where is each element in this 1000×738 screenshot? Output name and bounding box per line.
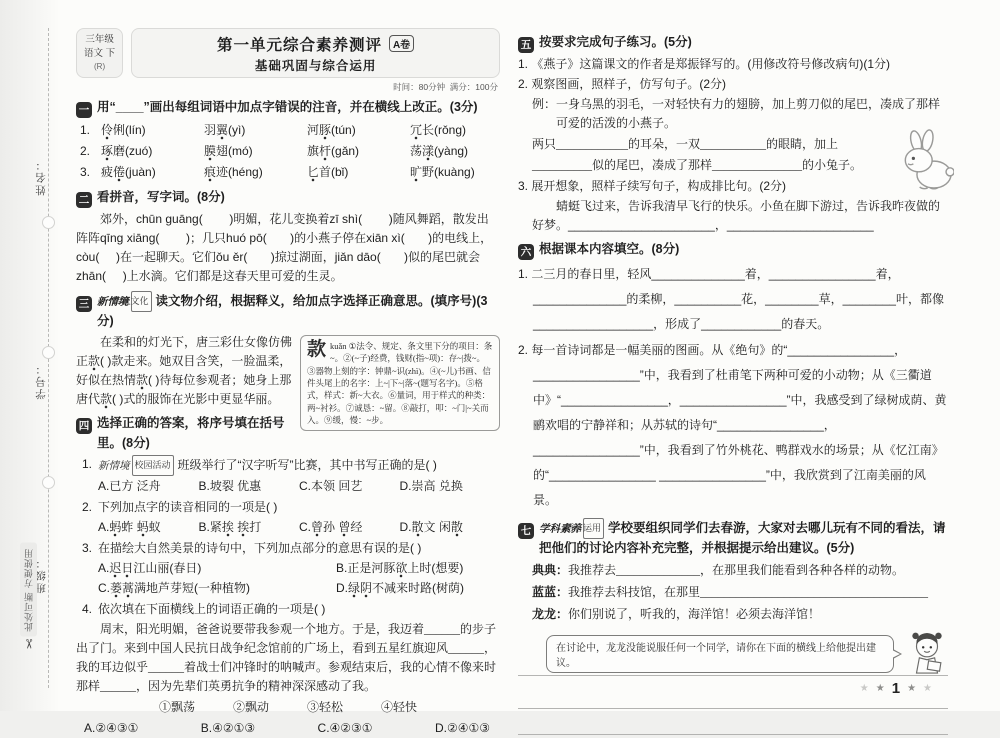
fill-blank-item: 1. 二三月的春日里，轻风______________着，___________…: [518, 262, 948, 337]
question-heading: 读文物介绍，根据释义，给加点字选择正确意思。(填序号)(3分): [97, 294, 487, 328]
option-a: A.已方 泛舟: [98, 476, 199, 496]
edition-box: 三年级 语文 下 (R): [76, 28, 123, 78]
item-number: 1.: [80, 120, 101, 141]
star-icon: ★: [923, 683, 932, 694]
speaker-name: 典典：: [532, 563, 568, 577]
fill-in-area: 两只____________的耳朵，一双___________的眼睛，加上___…: [518, 134, 948, 176]
student-illustration: [906, 629, 948, 679]
time-score-note: 时间：80分钟 满分：100分: [78, 81, 498, 93]
hint-row: 在讨论中，龙龙没能说服任何一个同学，请你在下面的横线上给他提出建议。: [546, 629, 948, 679]
page-number: 1: [892, 680, 900, 697]
dialog-line: 龙龙：你们别说了，听我的，海洋馆！必须去海洋馆！: [518, 604, 948, 625]
item-number: 2.: [518, 343, 528, 357]
item-number: 1.: [82, 455, 98, 476]
name-field-label: 姓名：: [33, 158, 48, 196]
question-2: 二看拼音，写字词。(8分) 郊外，chūn guāng( )明媚，花儿变换着zī…: [76, 188, 500, 286]
pinyin-passage: 郊外，chūn guāng( )明媚，花儿变换着zī shì( )随风舞蹈，散发…: [76, 210, 500, 286]
rabbit-illustration: [896, 128, 954, 196]
item-number: 1.: [518, 267, 528, 281]
context-tag-category: 传统文化: [131, 291, 152, 312]
item-number: 3.: [80, 162, 101, 183]
word-with-pinyin: 疲倦(juàn): [101, 162, 204, 183]
dialog-text: 你们别说了，听我的，海洋馆！必须去海洋馆！: [568, 607, 820, 621]
question-4: 四选择正确的答案，将序号填在括号里。(8分) 1. 新情境校园活动班级举行了“汉…: [76, 414, 500, 711]
option-d: D.绿阴不减来时路(树荫): [336, 578, 500, 598]
word-with-pinyin: 旗杆(gǎn): [307, 141, 410, 162]
choice-item: 1. 新情境校园活动班级举行了“汉字听写”比赛，其中书写正确的是( ): [76, 455, 500, 476]
word-with-pinyin: 旷野(kuàng): [410, 162, 513, 183]
dictionary-box: 款kuǎn ①法令、规定、条文里下分的项目：条~。②(~子)经费，钱财(指~项)…: [300, 335, 500, 431]
word-bank-item: ③轻松: [307, 697, 343, 711]
question-number-badge: 三: [76, 296, 92, 312]
item-text: 观察图画，照样子，仿写句子。(2分): [531, 77, 726, 91]
dictionary-definitions: kuǎn ①法令、规定、条文里下分的项目：条~。②(~子)经费，钱财(指~项)：…: [307, 341, 492, 425]
item-text: 《燕子》这篇课文的作者是郑振铎写的。(用修改符号修改病句)(1分): [531, 57, 890, 71]
left-page: 三年级 语文 下 (R) 第一单元综合素养测评A卷 基础巩固与综合运用 时间：8…: [76, 28, 500, 711]
option-c: C.蒌蒿满地芦芽短(一种植物): [98, 578, 336, 598]
hint-speech-bubble: 在讨论中，龙龙没能说服任何一个同学，请你在下面的横线上给他提出建议。: [546, 635, 894, 673]
question-heading: 根据课本内容填空。(8分): [539, 242, 679, 256]
dialog-text: 我推荐去______________，在那里我们能看到各种各样的动物。: [568, 563, 904, 577]
word-bank: ①飘荡 ②飘动 ③轻松 ④轻快: [76, 697, 500, 711]
word-bank-item: ②飘动: [233, 697, 269, 711]
question-3: 三新情境传统文化读文物介绍，根据释义，给加点字选择正确意思。(填序号)(3分) …: [76, 291, 500, 409]
grade-label: 三年级: [84, 33, 115, 47]
question-5: 五按要求完成句子练习。(5分) 1. 《燕子》这篇课文的作者是郑振铎写的。(用修…: [518, 33, 948, 235]
word-bank-item: ①飘荡: [159, 697, 195, 711]
edition-label: (R): [84, 61, 115, 73]
option-d: D.散文 闲散: [400, 517, 501, 537]
item-text: 二三月的春日里，轻风______________着，______________…: [531, 267, 944, 331]
paper-type-badge: A卷: [389, 35, 414, 52]
option-c: C.本领 回艺: [299, 476, 400, 496]
option-b: B.坡裂 优惠: [199, 476, 300, 496]
star-icon: ★: [876, 683, 885, 694]
binding-mark: [42, 476, 55, 489]
word-with-pinyin: 痕迹(héng): [204, 162, 307, 183]
sentence-item: 1. 《燕子》这篇课文的作者是郑振铎写的。(用修改符号修改病句)(1分): [518, 55, 948, 74]
context-tag: 新情境: [98, 460, 130, 472]
choice-item: 2. 下列加点字的读音相同的一项是( ): [76, 498, 500, 517]
question-heading: 用“____”画出每组词语中加点字错误的注音，并在横线上改正。(3分): [97, 100, 478, 114]
item-text: 展开想象，照样子续写句子，构成排比句。(2分): [531, 179, 786, 193]
subject-label: 语文 下: [84, 47, 115, 61]
item-number: 2.: [82, 498, 98, 517]
option-b: B.正是河豚欲上时(想要): [336, 558, 500, 578]
question-heading: 按要求完成句子练习。(5分): [539, 35, 692, 49]
scissors-icon: ✂: [20, 639, 36, 650]
tear-here-note: 此处可断 方便使用: [20, 543, 37, 637]
word-with-pinyin: 河豚(tún): [307, 120, 410, 141]
word-bank-item: ④轻快: [381, 697, 417, 711]
word-with-pinyin: 冗长(rǒng): [410, 120, 513, 141]
item-number: 2.: [80, 141, 101, 162]
word-row: 1. 伶俐(lín) 羽翼(yì) 河豚(tún) 冗长(rǒng): [76, 120, 500, 141]
word-row: 3. 疲倦(juàn) 痕迹(héng) 匕首(bǐ) 旷野(kuàng): [76, 162, 500, 183]
paper-subtitle: 基础巩固与综合运用: [132, 56, 499, 74]
dialog-line: 蓝蓝：我推荐去科技馆，在那里__________________________…: [518, 582, 948, 603]
word-with-pinyin: 羽翼(yì): [204, 120, 307, 141]
context-tag-category: 语言运用: [583, 518, 604, 539]
fill-blank-item: 2. 每一首诗词都是一幅美丽的图画。从《绝句》的“_______________…: [518, 338, 948, 513]
question-6: 六根据课本内容填空。(8分) 1. 二三月的春日里，轻风____________…: [518, 240, 948, 513]
dictionary-headword: 款: [307, 340, 326, 360]
option-b: B.紧挨 挨打: [199, 517, 300, 537]
student-id-field-label: 学号：: [33, 362, 48, 400]
choice-item: 4. 依次填在下面横线上的词语正确的一项是( ): [76, 600, 500, 619]
paper-header: 三年级 语文 下 (R) 第一单元综合素养测评A卷 基础巩固与综合运用: [76, 28, 500, 78]
paper-title-box: 第一单元综合素养测评A卷 基础巩固与综合运用: [131, 28, 500, 78]
word-row: 2. 琢磨(zuó) 膜翅(mó) 旗杆(gǎn) 荡漾(yàng): [76, 141, 500, 162]
option-d: D.崇高 兑换: [400, 476, 501, 496]
question-number-badge: 七: [518, 523, 534, 539]
option-grid: A.迟日江山丽(春日) B.正是河豚欲上时(想要) C.蒌蒿满地芦芽短(一种植物…: [76, 558, 500, 598]
word-with-pinyin: 伶俐(lín): [101, 120, 204, 141]
option-c: C.曾孙 曾经: [299, 517, 400, 537]
option-a: A.蚂蚱 蚂蚁: [98, 517, 199, 537]
star-icon: ★: [907, 683, 916, 694]
dialog-line: 典典：我推荐去______________，在那里我们能看到各种各样的动物。: [518, 560, 948, 581]
word-with-pinyin: 膜翅(mó): [204, 141, 307, 162]
binding-mark: [42, 346, 55, 359]
question-number-badge: 一: [76, 102, 92, 118]
item-stem: 班级举行了“汉字听写”比赛，其中书写正确的是( ): [178, 458, 437, 472]
choice-item: 3. 在描绘大自然美景的诗句中，下列加点部分的意思有误的是( ): [76, 539, 500, 558]
item-stem: 依次填在下面横线上的词语正确的一项是( ): [98, 600, 500, 619]
item-stem: 下列加点字的读音相同的一项是( ): [98, 498, 500, 517]
item-text: 每一首诗词都是一幅美丽的图画。从《绝句》的“________________，_…: [531, 343, 946, 507]
item-number: 3.: [518, 179, 528, 193]
question-number-badge: 四: [76, 418, 92, 434]
item-number: 1.: [518, 57, 528, 71]
question-number-badge: 六: [518, 244, 534, 260]
binding-mark: [42, 216, 55, 229]
question-heading: 选择正确的答案，将序号填在括号里。(8分): [97, 416, 285, 450]
option-row: A.蚂蚱 蚂蚁 B.紧挨 挨打 C.曾孙 曾经 D.散文 闲散: [76, 517, 500, 537]
question-heading: 看拼音，写字词。(8分): [97, 190, 225, 204]
speaker-name: 蓝蓝：: [532, 585, 568, 599]
item-number: 4.: [82, 600, 98, 619]
word-with-pinyin: 匕首(bǐ): [307, 162, 410, 183]
word-with-pinyin: 荡漾(yàng): [410, 141, 513, 162]
item-number: 2.: [518, 77, 528, 91]
page-title: 第一单元综合素养测评: [217, 37, 382, 54]
option-a: A.迟日江山丽(春日): [98, 558, 336, 578]
item-number: 3.: [82, 539, 98, 558]
option-row: A.已方 泛舟 B.坡裂 优惠 C.本领 回艺 D.崇高 兑换: [76, 476, 500, 496]
page-footer: ★ ★ 1 ★ ★: [518, 675, 948, 697]
sentence-item: 3. 展开想象，照样子续写句子，构成排比句。(2分): [518, 177, 948, 196]
sentence-item: 2. 观察图画，照样子，仿写句子。(2分): [518, 75, 948, 94]
fill-in-sentence: 两只____________的耳朵，一双___________的眼睛，加上___…: [518, 134, 886, 176]
item-stem: 在描绘大自然美景的诗句中，下列加点部分的意思有误的是( ): [98, 539, 500, 558]
right-page: 五按要求完成句子练习。(5分) 1. 《燕子》这篇课文的作者是郑振铎写的。(用修…: [518, 28, 948, 711]
example-sentence: 例：一身乌黑的羽毛，一对轻快有力的翅膀，加上剪刀似的尾巴，凑成了那样可爱的活泼的…: [518, 95, 948, 133]
cloze-passage: 周末，阳光明媚，爸爸说要带我参观一个地方。于是，我迈着______的步子出了门。…: [76, 620, 500, 696]
question-1: 一用“____”画出每组词语中加点字错误的注音，并在横线上改正。(3分) 1. …: [76, 98, 500, 183]
word-with-pinyin: 琢磨(zuó): [101, 141, 204, 162]
speaker-name: 龙龙：: [532, 607, 568, 621]
page-number-row: ★ ★ 1 ★ ★: [518, 676, 948, 697]
continuation-sentence: 蜻蜓飞过来，告诉我清早飞行的快乐。小鱼在脚下游过，告诉我昨夜做的好梦。_____…: [518, 197, 948, 235]
question-number-badge: 五: [518, 37, 534, 53]
question-number-badge: 二: [76, 192, 92, 208]
question-3-body: 款kuǎn ①法令、规定、条文里下分的项目：条~。②(~子)经费，钱财(指~项)…: [76, 333, 500, 409]
worksheet-spread: 姓名： 学号： 班级： 此处可断 方便使用 ✂ 三年级 语文 下 (R) 第一单…: [0, 0, 1000, 711]
context-tag-category: 校园活动: [132, 455, 174, 476]
dialog-text: 我推荐去科技馆，在那里_____________________________…: [568, 585, 928, 599]
star-icon: ★: [860, 683, 869, 694]
